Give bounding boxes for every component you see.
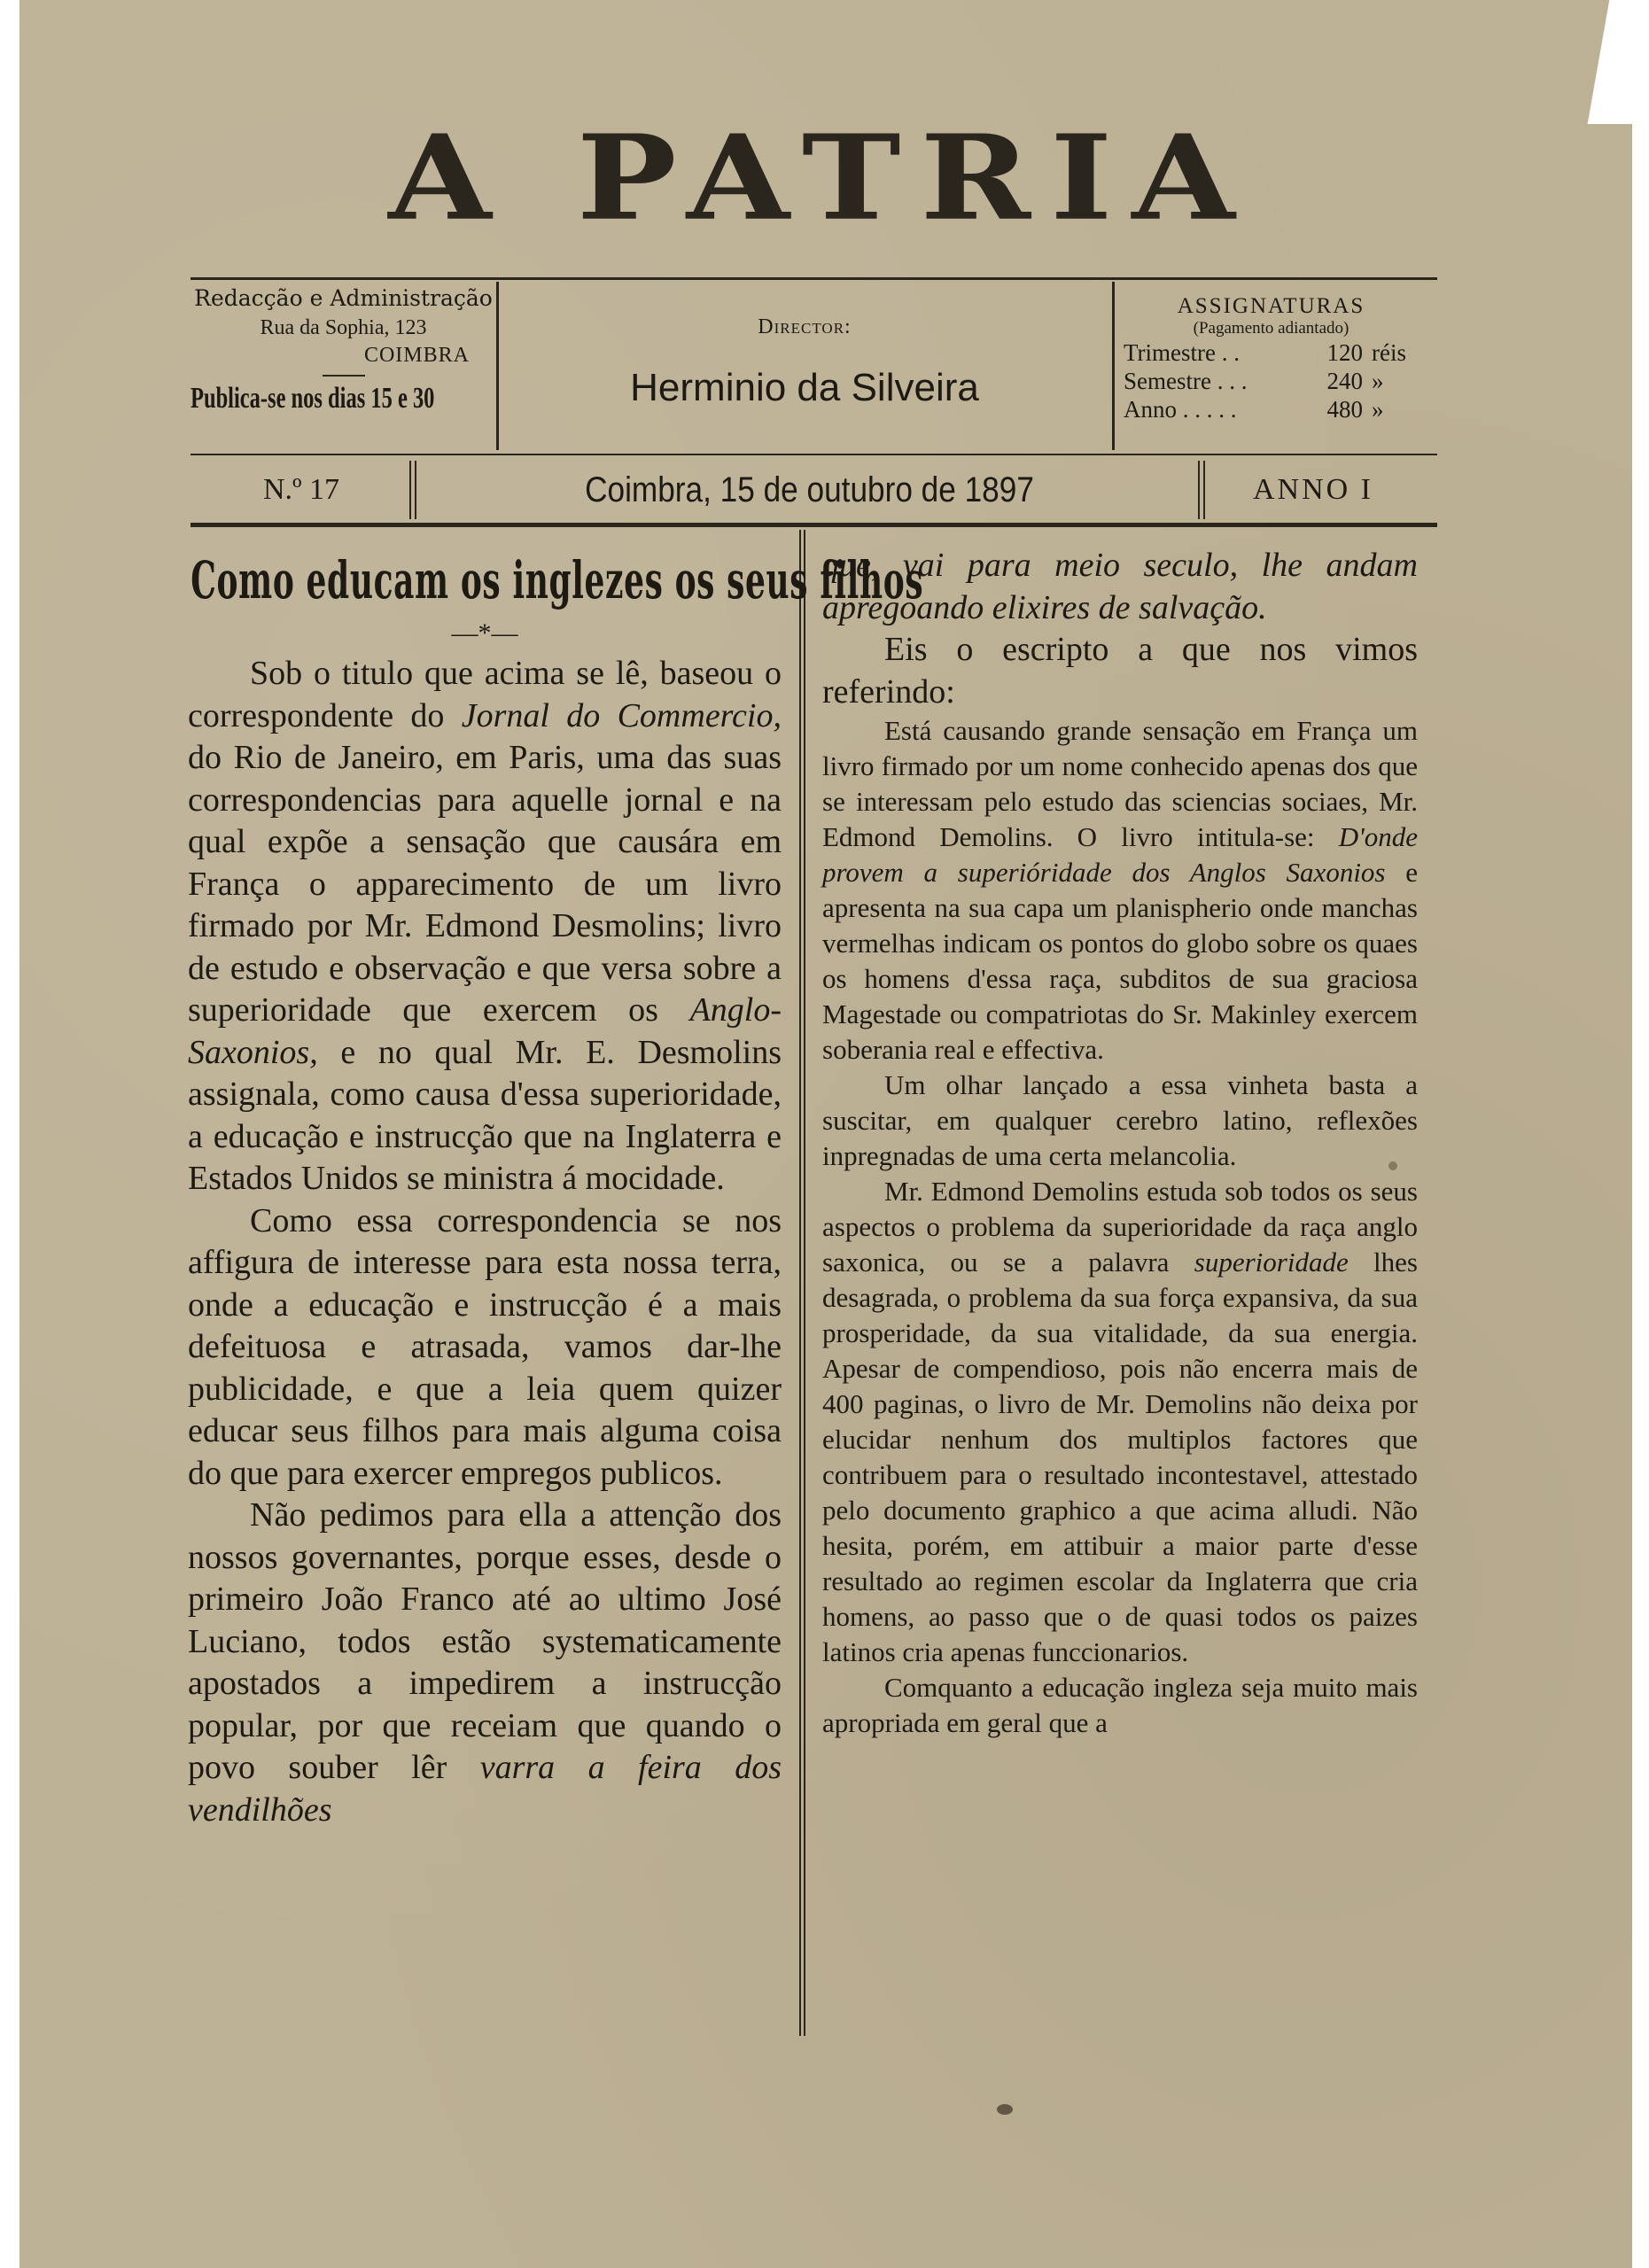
masthead-title: A PATRIA xyxy=(312,120,1331,237)
dateline: N.º 17 Coimbra, 15 de outubro de 1897 AN… xyxy=(191,459,1420,521)
office-address: Rua da Sophia, 123 xyxy=(191,316,496,340)
subscription-title: ASSIGNATURAS xyxy=(1118,294,1424,319)
dateline-divider-right xyxy=(1198,461,1200,519)
ink-spot xyxy=(997,2104,1013,2115)
article-paragraph: Sob o titulo que acima se lê, baseou o c… xyxy=(188,653,782,1200)
director-info: Director: Herminio da Silveira xyxy=(499,282,1110,450)
ornament-separator: —*— xyxy=(188,617,782,649)
article-paragraph: Um olhar lançado a essa vinheta basta a … xyxy=(822,1068,1418,1174)
article-paragraph: Mr. Edmond Demolins estuda sob todos os … xyxy=(822,1174,1418,1670)
office-info: Redacção e Administração Rua da Sophia, … xyxy=(191,282,496,450)
header-top-rule xyxy=(191,277,1437,280)
article-column-left: Como educam os inglezes os seus filhos —… xyxy=(188,545,782,1831)
dateline-divider-left xyxy=(409,461,411,519)
header-bottom-rule xyxy=(191,454,1437,455)
issue-number: N.º 17 xyxy=(191,473,412,507)
article-paragraph: Está causando grande sensação em França … xyxy=(822,713,1418,1068)
subscription-info: ASSIGNATURAS (Pagamento adiantado) Trime… xyxy=(1118,282,1424,450)
director-label: Director: xyxy=(499,315,1110,339)
column-divider xyxy=(799,530,801,2036)
column-divider xyxy=(804,530,805,2036)
dateline-bottom-rule xyxy=(191,523,1437,527)
article-paragraph: Eis o escripto a que nos vimos referindo… xyxy=(822,629,1418,713)
article-body-right: que, vai para meio seculo, lhe andam apr… xyxy=(822,545,1418,1741)
publication-schedule: Publica-se nos dias 15 e 30 xyxy=(191,382,410,416)
article-column-right: que, vai para meio seculo, lhe andam apr… xyxy=(822,545,1418,1741)
price-row: Trimestre . . 120 réis xyxy=(1118,338,1424,367)
article-paragraph: que, vai para meio seculo, lhe andam apr… xyxy=(822,545,1418,629)
office-city: COIMBRA xyxy=(191,344,496,368)
article-paragraph: Como essa correspondencia se nos affigur… xyxy=(188,1200,782,1495)
price-row: Anno . . . . . 480 » xyxy=(1118,395,1424,423)
article-paragraph: Não pedimos para ella a attenção dos nos… xyxy=(188,1495,782,1831)
newspaper-page: A PATRIA Redacção e Administração Rua da… xyxy=(19,0,1632,2268)
short-divider xyxy=(323,375,365,377)
header-divider-right xyxy=(1112,282,1115,450)
article-headline: Como educam os inglezes os seus filhos xyxy=(191,545,778,616)
office-label: Redacção e Administração xyxy=(191,285,496,311)
article-body-left: Sob o titulo que acima se lê, baseou o c… xyxy=(188,653,782,1831)
ink-spot xyxy=(1388,1161,1397,1170)
price-row: Semestre . . . 240 » xyxy=(1118,367,1424,395)
issue-date: Coimbra, 15 de outubro de 1897 xyxy=(460,470,1159,510)
subscription-subtitle: (Pagamento adiantado) xyxy=(1118,319,1424,338)
torn-corner xyxy=(1579,0,1632,124)
issue-year: ANNO I xyxy=(1207,473,1420,507)
article-paragraph: Comquanto a educação ingleza seja muito … xyxy=(822,1670,1418,1741)
director-name: Herminio da Silveira xyxy=(499,366,1110,410)
